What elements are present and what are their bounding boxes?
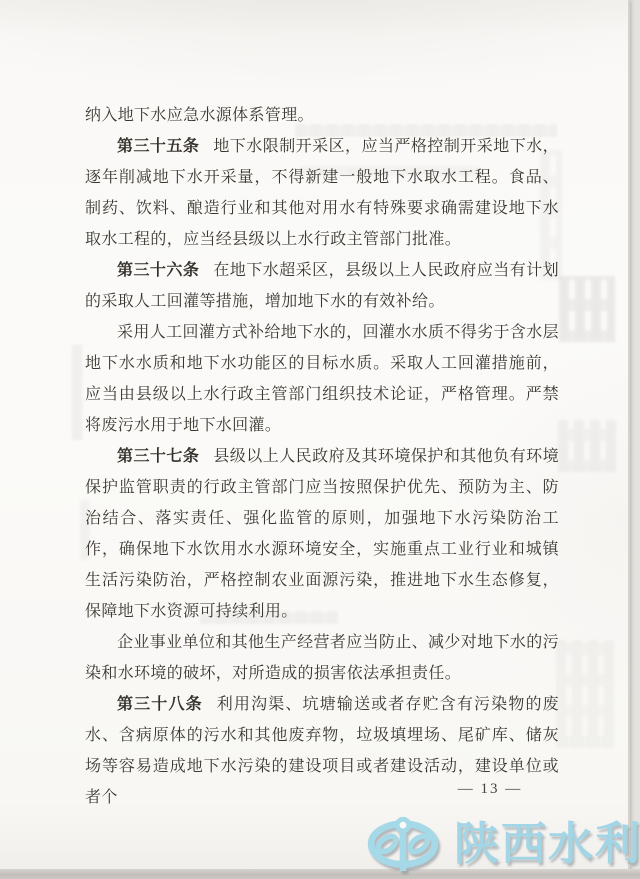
bleedthrough-artifact: [72, 345, 83, 440]
scanned-page: 纳入地下水应急水源体系管理。第三十五条地下水限制开采区，应当严格控制开采地下水，…: [0, 0, 630, 871]
bleedthrough-artifact: [556, 640, 614, 748]
article-heading: 第三十五条: [117, 138, 199, 155]
article-heading: 第三十六条: [117, 262, 199, 279]
article-heading: 第三十七条: [117, 448, 199, 465]
paragraph: 纳入地下水应急水源体系管理。: [85, 100, 559, 131]
article-heading: 第三十八条: [117, 696, 203, 713]
scanned-document-screenshot: { "document": { "language": "zh-CN", "pa…: [0, 0, 640, 879]
bleedthrough-artifact: [558, 420, 616, 472]
watermark-text: 陕西水利: [454, 820, 640, 868]
shaanxi-water-resources-logo-icon: [366, 816, 440, 872]
article-paragraph: 第三十五条地下水限制开采区，应当严格控制开采地下水，逐年削减地下水开采量，不得新…: [85, 131, 559, 255]
bleedthrough-artifact: [559, 276, 615, 342]
watermark: 陕西水利: [366, 817, 640, 871]
page-number: — 13 —: [450, 781, 530, 798]
paragraph: 采用人工回灌方式补给地下水的，回灌水水质不得劣于含水层地下水水质和地下水功能区的…: [85, 317, 559, 441]
paragraph: 企业事业单位和其他生产经营者应当防止、减少对地下水的污染和水环境的破坏，对所造成…: [85, 627, 559, 689]
article-paragraph: 第三十六条在地下水超采区，县级以上人民政府应当有计划的采取人工回灌等措施，增加地…: [85, 255, 559, 317]
article-paragraph: 第三十七条县级以上人民政府及其环境保护和其他负有环境保护监管职责的行政主管部门应…: [85, 441, 559, 627]
document-body: 纳入地下水应急水源体系管理。第三十五条地下水限制开采区，应当严格控制开采地下水，…: [85, 100, 559, 813]
